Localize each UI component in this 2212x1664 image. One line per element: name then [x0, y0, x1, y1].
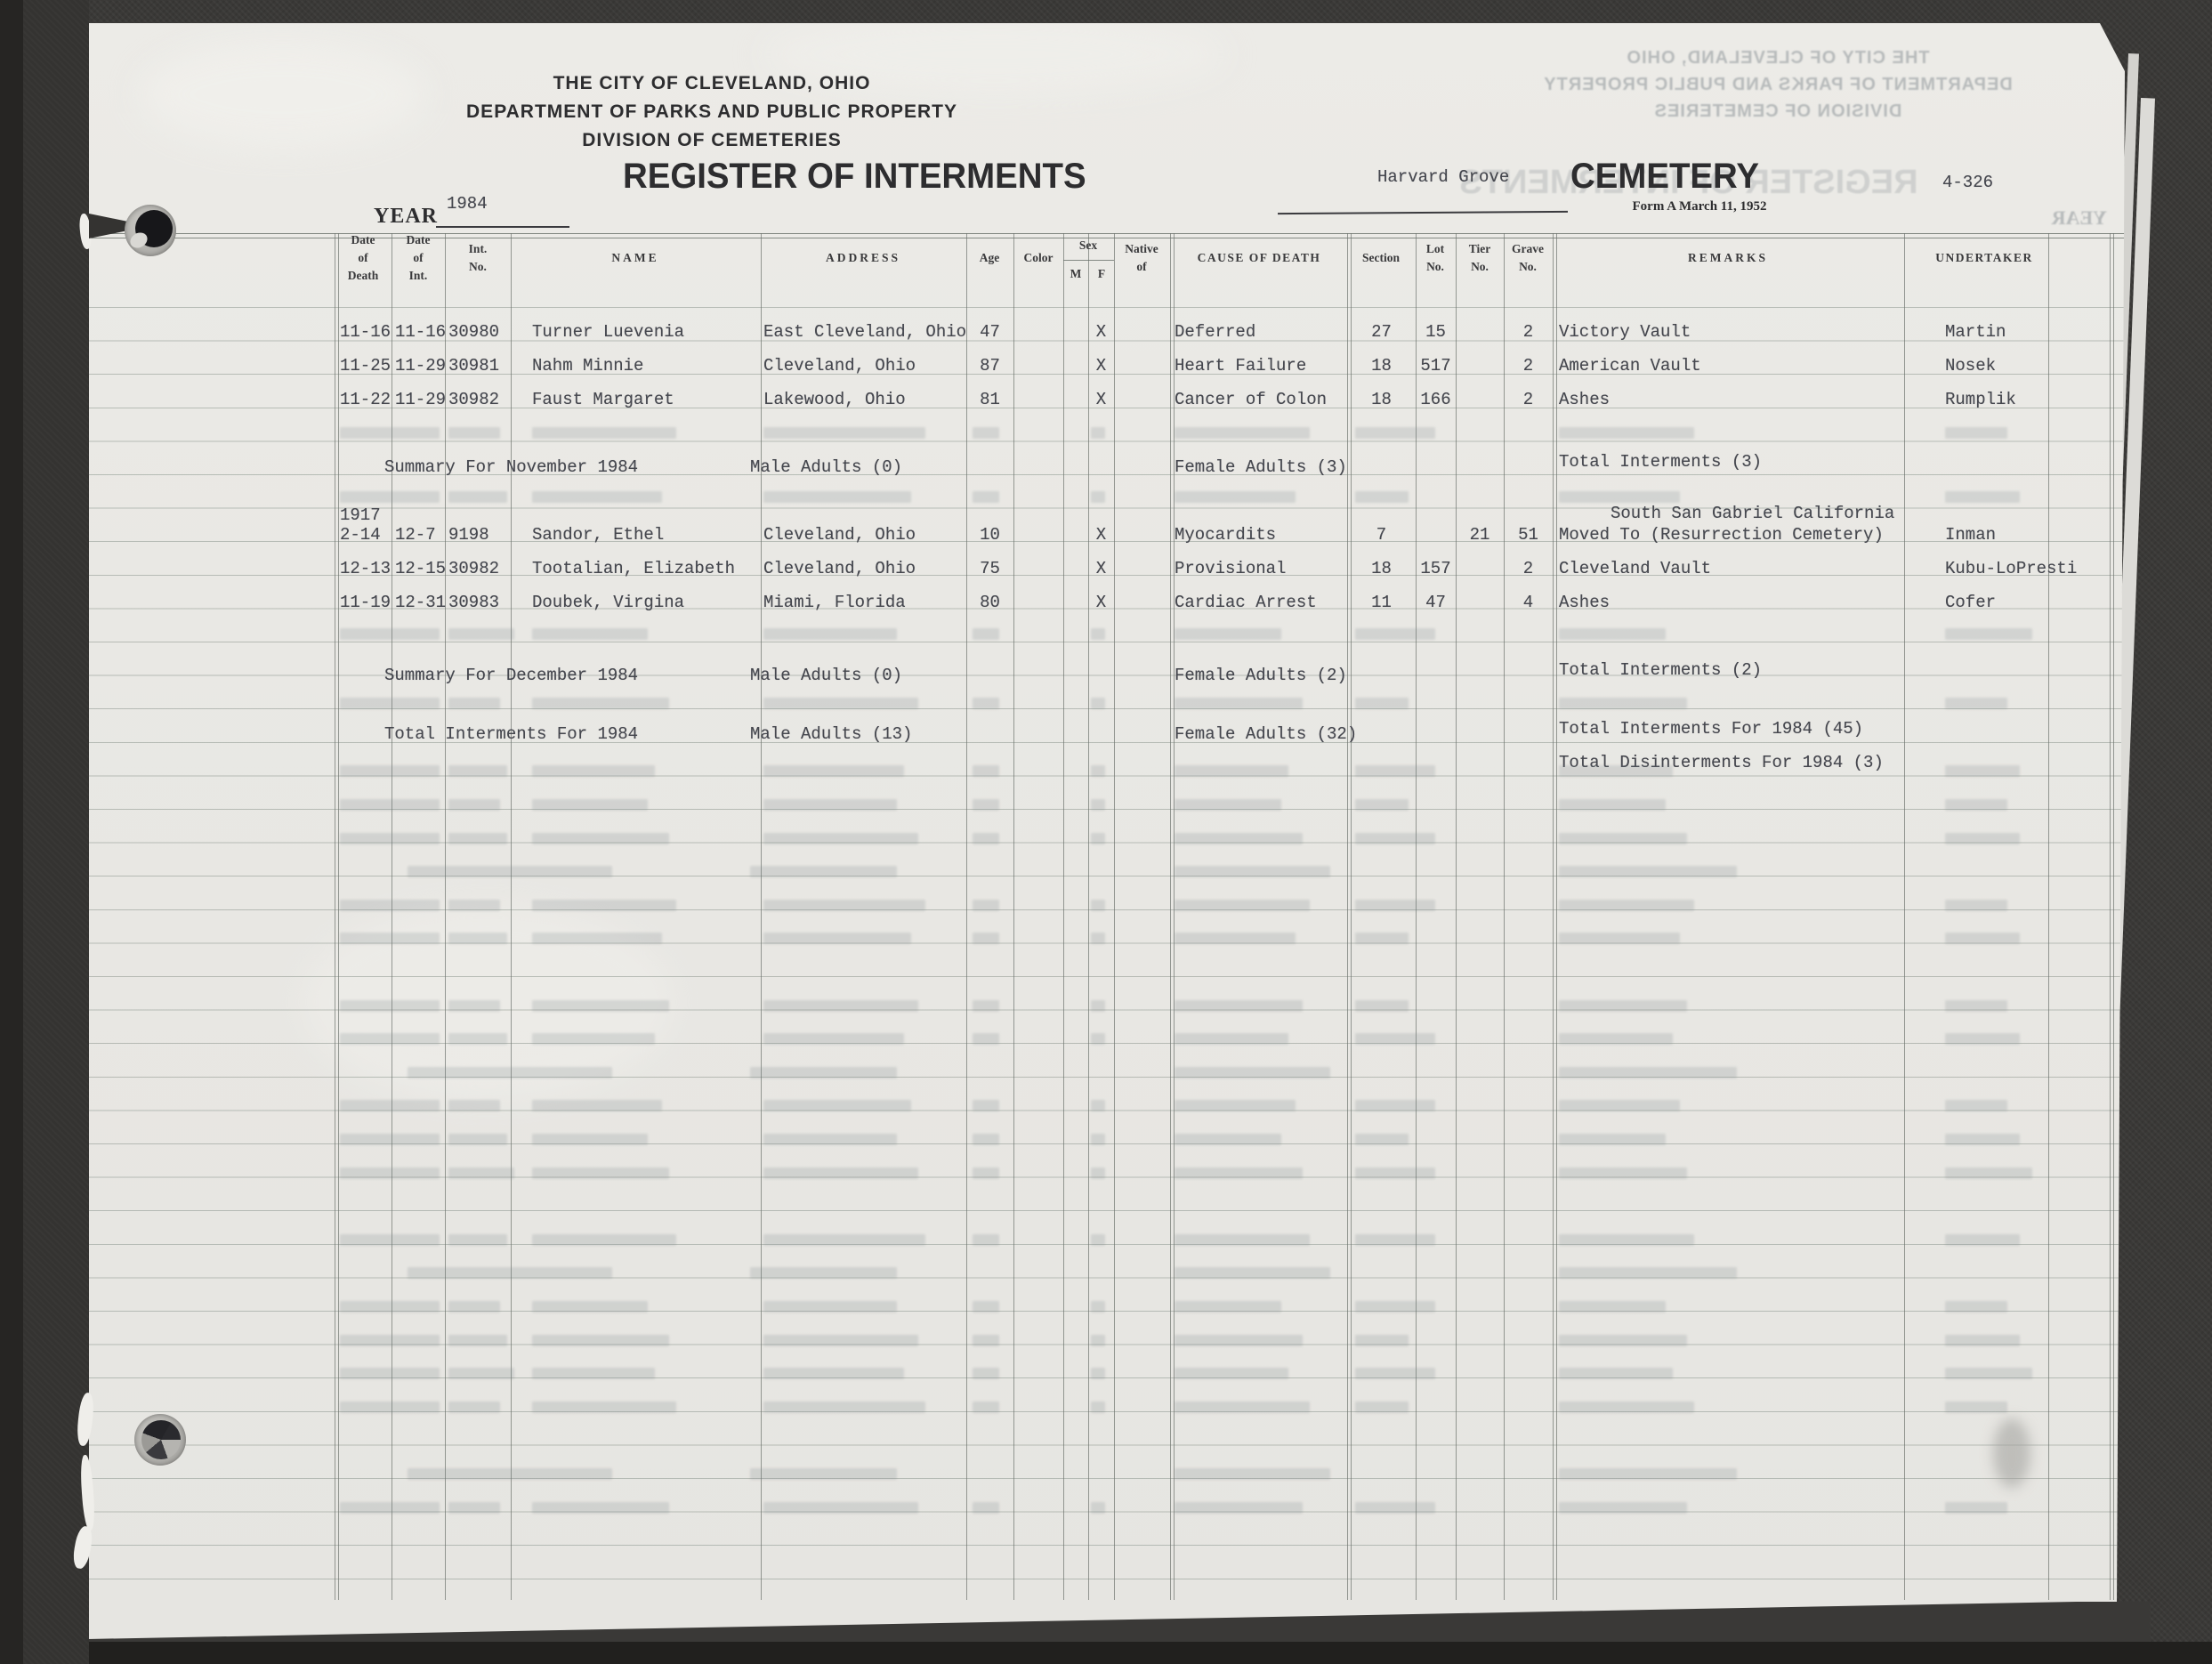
- cell-text: Female Adults (3): [1175, 457, 1347, 477]
- bleedthrough-bar: [763, 1000, 918, 1012]
- cell-text: Provisional: [1175, 559, 1286, 578]
- bleedthrough-bar: [1091, 698, 1105, 709]
- bleedthrough-bar: [1559, 1468, 1737, 1480]
- bleedthrough-bar: [1355, 698, 1409, 709]
- bleedthrough-bar: [763, 799, 897, 811]
- column-line: [1013, 233, 1014, 1600]
- bleedthrough-bar: [1945, 1335, 2020, 1346]
- column-header-int_no: Int.No.: [469, 240, 488, 276]
- bleedthrough-bar: [1091, 933, 1105, 944]
- cell-text: Tootalian, Elizabeth: [532, 559, 735, 578]
- bleedthrough-bar: [1175, 1033, 1288, 1045]
- cell-text: Ashes: [1559, 593, 1610, 612]
- bleedthrough-bar: [448, 698, 500, 709]
- bleedthrough-bar: [1091, 1000, 1105, 1012]
- cell-text: 2-14: [340, 525, 381, 545]
- bleedthrough-bar: [340, 833, 440, 844]
- cell-text: Martin: [1945, 322, 2006, 342]
- bleedthrough-bar: [340, 1134, 440, 1145]
- sex-subheader-rule: [1063, 260, 1114, 261]
- cell-text: Heart Failure: [1175, 356, 1306, 376]
- bleedthrough-bar: [1175, 491, 1296, 503]
- bleedthrough-bar: [1559, 1335, 1687, 1346]
- column-header-cause: CAUSE OF DEATH: [1198, 249, 1321, 267]
- bleedthrough-bar: [532, 1033, 655, 1045]
- bleedthrough-bar: [1559, 765, 1673, 777]
- bleedthrough-bar: [1175, 1167, 1303, 1179]
- bleedthrough-bar: [1559, 1401, 1694, 1413]
- bleedthrough-org-line: DIVISION OF CEMETERIES: [1564, 101, 1991, 122]
- column-header-date_int: DateofInt.: [407, 231, 431, 285]
- cell-text: Female Adults (2): [1175, 666, 1347, 685]
- bleedthrough-bar: [1559, 1033, 1673, 1045]
- cemetery-word: CEMETERY: [1570, 157, 1759, 197]
- bleedthrough-bar: [1091, 833, 1105, 844]
- bleedthrough-bar: [1559, 933, 1680, 944]
- cell-text: 166: [1416, 390, 1456, 409]
- bleedthrough-bar: [1175, 1468, 1330, 1480]
- bleedthrough-bar: [1175, 1335, 1303, 1346]
- bleedthrough-bar: [1091, 628, 1105, 640]
- cell-text: 9198: [448, 525, 489, 545]
- bleedthrough-bar: [448, 427, 500, 439]
- bleedthrough-bar: [408, 1067, 612, 1078]
- bleedthrough-bar: [1091, 1100, 1105, 1111]
- column-line: [1553, 233, 1554, 1600]
- cell-text: X: [1088, 390, 1114, 409]
- column-line: [445, 233, 446, 1600]
- column-header-tier: TierNo.: [1469, 240, 1491, 276]
- bleedthrough-bar: [1175, 1000, 1303, 1012]
- bleedthrough-bar: [1355, 1134, 1409, 1145]
- bleedthrough-bar: [1559, 1234, 1694, 1246]
- bleedthrough-bar: [973, 698, 999, 709]
- org-department: DEPARTMENT OF PARKS AND PUBLIC PROPERTY: [466, 101, 957, 123]
- cell-text: 18: [1347, 559, 1416, 578]
- cell-text: East Cleveland, Ohio: [763, 322, 966, 342]
- bleedthrough-bar: [1091, 1134, 1105, 1145]
- bleedthrough-bar: [340, 1100, 440, 1111]
- bleedthrough-bar: [973, 1134, 999, 1145]
- bleedthrough-bar: [763, 833, 918, 844]
- column-line: [1556, 233, 1557, 1600]
- column-header-address: ADDRESS: [826, 249, 900, 267]
- form-note: Form A March 11, 1952: [1633, 199, 1767, 214]
- cell-text: 81: [966, 390, 1013, 409]
- column-header-sex: Sex: [1079, 237, 1097, 254]
- bleedthrough-bar: [1355, 491, 1409, 503]
- cell-text: Male Adults (13): [750, 724, 912, 744]
- book-gutter-shadow: [0, 0, 23, 1664]
- bleedthrough-bar: [340, 799, 440, 811]
- bleedthrough-bar: [1091, 765, 1105, 777]
- bleedthrough-bar: [763, 491, 911, 503]
- column-header-lot: LotNo.: [1426, 240, 1444, 276]
- bleedthrough-bar: [1559, 1100, 1680, 1111]
- bleedthrough-bar: [532, 1368, 655, 1379]
- cell-text: 18: [1347, 356, 1416, 376]
- bleedthrough-bar: [448, 1100, 500, 1111]
- cell-text: 47: [966, 322, 1013, 342]
- bleedthrough-bar: [1945, 1368, 2032, 1379]
- bleedthrough-bar: [1355, 1401, 1409, 1413]
- column-header-undertaker: UNDERTAKER: [1935, 249, 2033, 267]
- bleedthrough-bar: [1091, 427, 1105, 439]
- year-value: 1984: [447, 194, 488, 214]
- bleedthrough-bar: [750, 1067, 897, 1078]
- bleedthrough-bar: [1355, 1033, 1435, 1045]
- bleedthrough-bar: [1175, 799, 1281, 811]
- table-top-rule: [87, 238, 2125, 238]
- bleedthrough-bar: [1175, 866, 1330, 877]
- bleedthrough-org-line: THE CITY OF CLEVELAND, OHIO: [1529, 48, 2027, 69]
- bleedthrough-bar: [340, 1000, 440, 1012]
- bleedthrough-bar: [1355, 900, 1435, 911]
- bleedthrough-bar: [340, 1335, 440, 1346]
- column-header-name: NAME: [611, 249, 658, 267]
- cell-text: Total Interments For 1984 (45): [1559, 719, 1863, 739]
- cell-text: Cleveland Vault: [1559, 559, 1711, 578]
- cell-text: 30980: [448, 322, 499, 342]
- column-line: [2048, 233, 2049, 1600]
- cell-text: Cancer of Colon: [1175, 390, 1327, 409]
- bleedthrough-bar: [973, 628, 999, 640]
- bleedthrough-bar: [750, 866, 897, 877]
- bleedthrough-bar: [1945, 900, 2007, 911]
- bleedthrough-bar: [1175, 765, 1288, 777]
- bleedthrough-bar: [973, 1335, 999, 1346]
- bleedthrough-bar: [340, 1368, 440, 1379]
- bleedthrough-bar: [973, 427, 999, 439]
- bleedthrough-bar: [340, 1502, 440, 1514]
- cell-text: 2: [1504, 356, 1553, 376]
- bleedthrough-bar: [532, 698, 669, 709]
- cemetery-name-underline: [1278, 211, 1568, 214]
- bleedthrough-bar: [1945, 1100, 2007, 1111]
- bleedthrough-bar: [1091, 491, 1105, 503]
- cell-text: Rumplik: [1945, 390, 2016, 409]
- bleedthrough-bar: [1945, 1000, 2007, 1012]
- bleedthrough-bar: [763, 1368, 904, 1379]
- bleedthrough-bar: [750, 1267, 897, 1279]
- bleedthrough-bar: [408, 1267, 612, 1279]
- bleedthrough-bar: [763, 1033, 904, 1045]
- bleedthrough-bar: [1559, 900, 1694, 911]
- cell-text: 27: [1347, 322, 1416, 342]
- cell-text: Cleveland, Ohio: [763, 525, 916, 545]
- bleedthrough-bar: [340, 900, 440, 911]
- cell-text: Lakewood, Ohio: [763, 390, 906, 409]
- bleedthrough-bar: [1559, 833, 1687, 844]
- bleedthrough-bar: [1559, 1267, 1737, 1279]
- bleedthrough-bar: [763, 1100, 911, 1111]
- bleedthrough-bar: [1175, 1368, 1288, 1379]
- cell-text: X: [1088, 593, 1114, 612]
- bleedthrough-bar: [1945, 1234, 2020, 1246]
- bleedthrough-bar: [1175, 933, 1296, 944]
- cell-text: 2: [1504, 322, 1553, 342]
- cell-text: 517: [1416, 356, 1456, 376]
- bleedthrough-bar: [448, 1335, 507, 1346]
- bleedthrough-bar: [532, 1502, 669, 1514]
- bleedthrough-bar: [532, 491, 662, 503]
- bleedthrough-bar: [1175, 1067, 1330, 1078]
- column-header-native: Nativeof: [1125, 240, 1158, 276]
- bleedthrough-bar: [1091, 1301, 1105, 1313]
- bleedthrough-bar: [1559, 1368, 1673, 1379]
- cell-text: Nosek: [1945, 356, 1996, 376]
- bleedthrough-bar: [340, 628, 440, 640]
- bleedthrough-bar: [448, 799, 500, 811]
- bleedthrough-bar: [763, 1234, 925, 1246]
- bleedthrough-year: YEAR: [1974, 206, 2107, 230]
- bleedthrough-bar: [763, 933, 911, 944]
- bleedthrough-bar: [1559, 799, 1666, 811]
- bleedthrough-bar: [448, 900, 500, 911]
- bleedthrough-bar: [1355, 1502, 1435, 1514]
- column-header-sex_f: F: [1098, 265, 1105, 283]
- bleedthrough-bar: [340, 1301, 440, 1313]
- bleedthrough-bar: [1559, 1301, 1666, 1313]
- cell-text: Cofer: [1945, 593, 1996, 612]
- cell-text: Nahm Minnie: [532, 356, 643, 376]
- cell-text: South San Gabriel California: [1611, 504, 1894, 523]
- cell-text: 18: [1347, 390, 1416, 409]
- bleedthrough-bar: [448, 1368, 514, 1379]
- bleedthrough-bar: [532, 900, 676, 911]
- column-line: [1170, 233, 1171, 1600]
- column-header-age: Age: [980, 249, 1000, 267]
- column-header-section: Section: [1362, 249, 1400, 267]
- bleedthrough-bar: [448, 933, 507, 944]
- column-line: [761, 233, 762, 1600]
- cell-text: 80: [966, 593, 1013, 612]
- bleedthrough-bar: [1355, 1000, 1409, 1012]
- bleedthrough-bar: [1355, 1368, 1435, 1379]
- cell-text: Deferred: [1175, 322, 1255, 342]
- bleedthrough-bar: [1945, 933, 2020, 944]
- bleedthrough-bar: [1945, 1033, 2020, 1045]
- cell-text: Inman: [1945, 525, 1996, 545]
- bleedthrough-bar: [340, 1234, 440, 1246]
- cell-text: Cleveland, Ohio: [763, 356, 916, 376]
- column-header-color: Color: [1024, 249, 1054, 267]
- bleedthrough-bar: [340, 1167, 440, 1179]
- bleedthrough-bar: [340, 1401, 440, 1413]
- bleedthrough-bar: [1175, 628, 1281, 640]
- bleedthrough-bar: [1945, 427, 2007, 439]
- bleedthrough-bar: [448, 1502, 500, 1514]
- bleedthrough-bar: [448, 765, 507, 777]
- column-line: [1063, 233, 1064, 1600]
- column-line: [335, 233, 335, 1600]
- cell-text: Cleveland, Ohio: [763, 559, 916, 578]
- cell-text: 12-31: [395, 593, 446, 612]
- cemetery-name-value: Harvard Grove: [1377, 167, 1509, 187]
- bleedthrough-bar: [1175, 1100, 1296, 1111]
- bleedthrough-bar: [448, 1134, 507, 1145]
- bleedthrough-bar: [1355, 765, 1435, 777]
- bleedthrough-bar: [763, 628, 897, 640]
- bleedthrough-bar: [448, 833, 507, 844]
- bleedthrough-bar: [1945, 1134, 2020, 1145]
- column-line: [2110, 233, 2111, 1600]
- bleedthrough-bar: [1175, 833, 1303, 844]
- bleedthrough-bar: [1945, 1167, 2032, 1179]
- bleedthrough-bar: [1355, 1301, 1435, 1313]
- cell-text: 11-22: [340, 390, 391, 409]
- bleedthrough-bar: [1091, 799, 1105, 811]
- cell-text: Total Interments (3): [1559, 452, 1762, 472]
- bleedthrough-bar: [448, 1301, 500, 1313]
- column-line: [966, 233, 967, 1600]
- column-line: [338, 233, 339, 1600]
- bleedthrough-bar: [1091, 1033, 1105, 1045]
- bleedthrough-bar: [1559, 1000, 1687, 1012]
- bleedthrough-bar: [763, 1134, 897, 1145]
- cell-text: Miami, Florida: [763, 593, 906, 612]
- bleedthrough-bar: [532, 427, 676, 439]
- bleedthrough-bar: [1175, 1301, 1281, 1313]
- bleedthrough-bar: [763, 900, 925, 911]
- cell-text: X: [1088, 322, 1114, 342]
- bleedthrough-bar: [1175, 698, 1303, 709]
- bleedthrough-bar: [1945, 1301, 2007, 1313]
- cell-text: X: [1088, 559, 1114, 578]
- bleedthrough-bar: [763, 1401, 925, 1413]
- column-line: [1347, 233, 1348, 1600]
- cell-text: Victory Vault: [1559, 322, 1691, 342]
- column-line: [1456, 233, 1457, 1600]
- paper-smudge: [1993, 1418, 2030, 1488]
- cell-text: 11: [1347, 593, 1416, 612]
- document-page: THE CITY OF CLEVELAND, OHIO DEPARTMENT O…: [87, 23, 2125, 1641]
- bleedthrough-bar: [532, 1100, 662, 1111]
- page-number: 4-326: [1942, 173, 1993, 192]
- bleedthrough-bar: [1175, 1401, 1310, 1413]
- bleedthrough-bar: [532, 1335, 669, 1346]
- cell-text: 1917: [340, 505, 381, 525]
- bleedthrough-bar: [763, 1301, 897, 1313]
- cell-text: Summary For November 1984: [384, 457, 638, 477]
- bleedthrough-bar: [448, 1033, 507, 1045]
- cell-text: X: [1088, 356, 1114, 376]
- table-top-rule: [87, 233, 2125, 234]
- bleedthrough-bar: [1945, 1502, 2007, 1514]
- table-surface-strip: [0, 1642, 2212, 1664]
- bleedthrough-bar: [532, 1401, 676, 1413]
- bleedthrough-bar: [448, 1167, 514, 1179]
- bleedthrough-bar: [1559, 427, 1694, 439]
- cell-text: Sandor, Ethel: [532, 525, 664, 545]
- column-line: [511, 233, 512, 1600]
- bleedthrough-bar: [973, 1502, 999, 1514]
- binder-fastener: [141, 1420, 181, 1459]
- bleedthrough-bar: [973, 1100, 999, 1111]
- bleedthrough-bar: [1945, 799, 2007, 811]
- bleedthrough-bar: [1945, 765, 2020, 777]
- cell-text: 30982: [448, 559, 499, 578]
- bleedthrough-bar: [1559, 866, 1737, 877]
- bleedthrough-bar: [448, 1234, 507, 1246]
- column-line: [1904, 233, 1905, 1600]
- bleedthrough-bar: [763, 1167, 918, 1179]
- column-line: [1351, 233, 1352, 1600]
- bleedthrough-bar: [973, 799, 999, 811]
- bleedthrough-bar: [1091, 1234, 1105, 1246]
- org-name: THE CITY OF CLEVELAND, OHIO: [553, 73, 871, 94]
- bleedthrough-bar: [1355, 427, 1435, 439]
- bleedthrough-bar: [1175, 1134, 1281, 1145]
- cell-text: Summary For December 1984: [384, 666, 638, 685]
- bleedthrough-bar: [340, 698, 440, 709]
- bleedthrough-bar: [1355, 933, 1409, 944]
- cell-text: Kubu-LoPresti: [1945, 559, 2077, 578]
- cell-text: 157: [1416, 559, 1456, 578]
- bleedthrough-bar: [973, 1000, 999, 1012]
- cell-text: 21: [1456, 525, 1504, 545]
- bleedthrough-bar: [1355, 1167, 1435, 1179]
- bleedthrough-bar: [408, 866, 612, 877]
- cell-text: Myocardits: [1175, 525, 1276, 545]
- bleedthrough-bar: [448, 491, 507, 503]
- cell-text: 12-7: [395, 525, 436, 545]
- bleedthrough-bar: [1559, 1134, 1666, 1145]
- cell-text: Moved To (Resurrection Cemetery): [1559, 525, 1884, 545]
- bleedthrough-bar: [1945, 491, 2020, 503]
- bleedthrough-bar: [973, 900, 999, 911]
- bleedthrough-bar: [1091, 1502, 1105, 1514]
- bleedthrough-bar: [973, 1234, 999, 1246]
- bleedthrough-bar: [532, 933, 662, 944]
- bleedthrough-bar: [1091, 1335, 1105, 1346]
- cell-text: 30983: [448, 593, 499, 612]
- cell-text: 11-29: [395, 356, 446, 376]
- cell-text: 87: [966, 356, 1013, 376]
- bleedthrough-bar: [1091, 1401, 1105, 1413]
- cell-text: Male Adults (0): [750, 666, 902, 685]
- cell-text: 7: [1347, 525, 1416, 545]
- cell-text: 47: [1416, 593, 1456, 612]
- bleedthrough-bar: [532, 628, 648, 640]
- bleedthrough-bar: [532, 1301, 648, 1313]
- org-division: DIVISION OF CEMETERIES: [582, 130, 842, 151]
- cell-text: 30981: [448, 356, 499, 376]
- cell-text: 4: [1504, 593, 1553, 612]
- cell-text: Total Interments (2): [1559, 660, 1762, 680]
- cell-text: Faust Margaret: [532, 390, 674, 409]
- bleedthrough-bar: [340, 491, 440, 503]
- bleedthrough-bar: [1175, 900, 1310, 911]
- cell-text: X: [1088, 525, 1114, 545]
- cell-text: 15: [1416, 322, 1456, 342]
- cell-text: 75: [966, 559, 1013, 578]
- bleedthrough-bar: [1175, 1234, 1310, 1246]
- bleedthrough-bar: [973, 933, 999, 944]
- column-header-sex_m: M: [1070, 265, 1082, 283]
- bleedthrough-bar: [1355, 1335, 1409, 1346]
- bleedthrough-bar: [340, 1033, 440, 1045]
- column-line: [1504, 233, 1505, 1600]
- column-header-date_death: DateofDeath: [348, 231, 379, 285]
- bleedthrough-bar: [1559, 491, 1680, 503]
- cell-text: Ashes: [1559, 390, 1610, 409]
- bleedthrough-bar: [1945, 1401, 2007, 1413]
- bleedthrough-bar: [1175, 1502, 1303, 1514]
- cell-text: 2: [1504, 390, 1553, 409]
- cell-text: 12-15: [395, 559, 446, 578]
- bleedthrough-bar: [973, 833, 999, 844]
